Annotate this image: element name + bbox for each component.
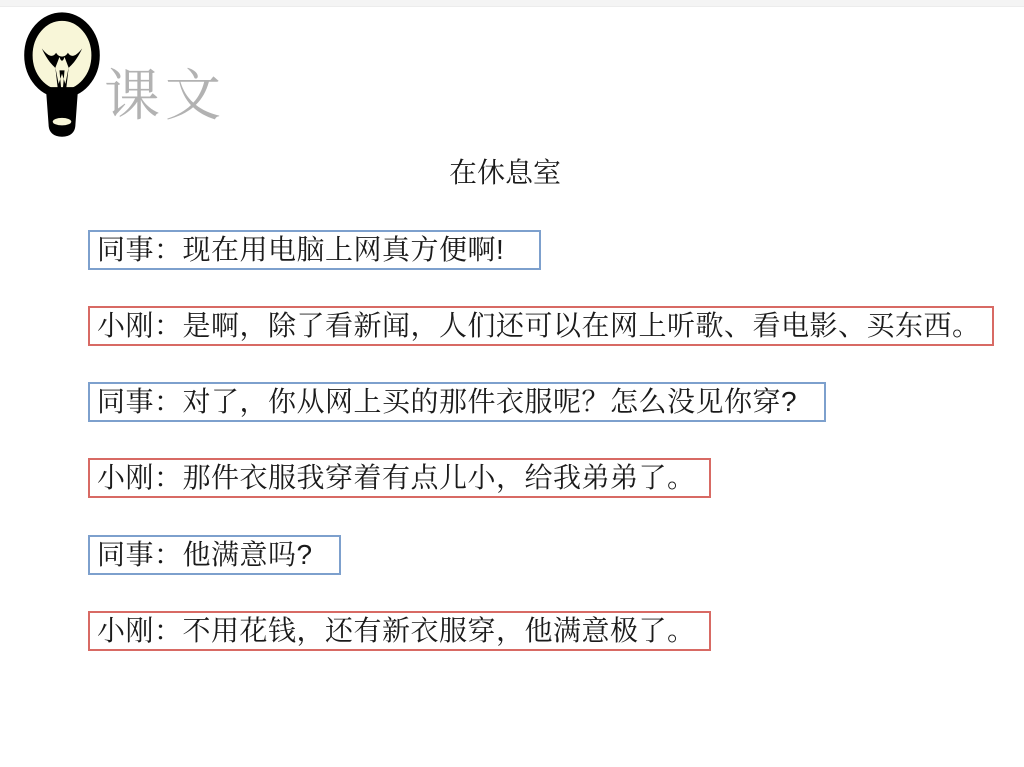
dialog-box-xiaogang-2: 小刚：那件衣服我穿着有点儿小，给我弟弟了。 [88, 458, 711, 498]
speaker-label: 同事： [97, 386, 183, 417]
dialog-box-xiaogang-3: 小刚：不用花钱，还有新衣服穿，他满意极了。 [88, 611, 711, 651]
slide-top-edge [0, 0, 1024, 7]
scene-title: 在休息室 [0, 151, 1010, 191]
speaker-label: 小刚： [97, 615, 183, 646]
dialog-box-colleague-3: 同事：他满意吗? [88, 535, 341, 575]
speaker-label: 小刚： [97, 310, 183, 341]
dialog-text: 那件衣服我穿着有点儿小，给我弟弟了。 [183, 462, 696, 493]
dialog-box-colleague-2: 同事：对了，你从网上买的那件衣服呢？怎么没见你穿? [88, 382, 826, 422]
dialog-box-xiaogang-1: 小刚：是啊，除了看新闻，人们还可以在网上听歌、看电影、买东西。 [88, 306, 994, 346]
dialog-text: 他满意吗? [183, 539, 313, 570]
dialog-text: 是啊，除了看新闻，人们还可以在网上听歌、看电影、买东西。 [183, 310, 981, 341]
lesson-slide: 课文 在休息室 同事：现在用电脑上网真方便啊! 小刚：是啊，除了看新闻，人们还可… [0, 0, 1024, 767]
speaker-label: 同事： [97, 539, 183, 570]
dialog-box-colleague-1: 同事：现在用电脑上网真方便啊! [88, 230, 541, 270]
speaker-label: 小刚： [97, 462, 183, 493]
dialog-text: 不用花钱，还有新衣服穿，他满意极了。 [183, 615, 696, 646]
speaker-label: 同事： [97, 234, 183, 265]
page-title: 课文 [104, 67, 226, 126]
dialog-text: 对了，你从网上买的那件衣服呢？怎么没见你穿? [183, 386, 798, 417]
dialog-text: 现在用电脑上网真方便啊! [183, 234, 505, 265]
lightbulb-icon [20, 8, 104, 142]
